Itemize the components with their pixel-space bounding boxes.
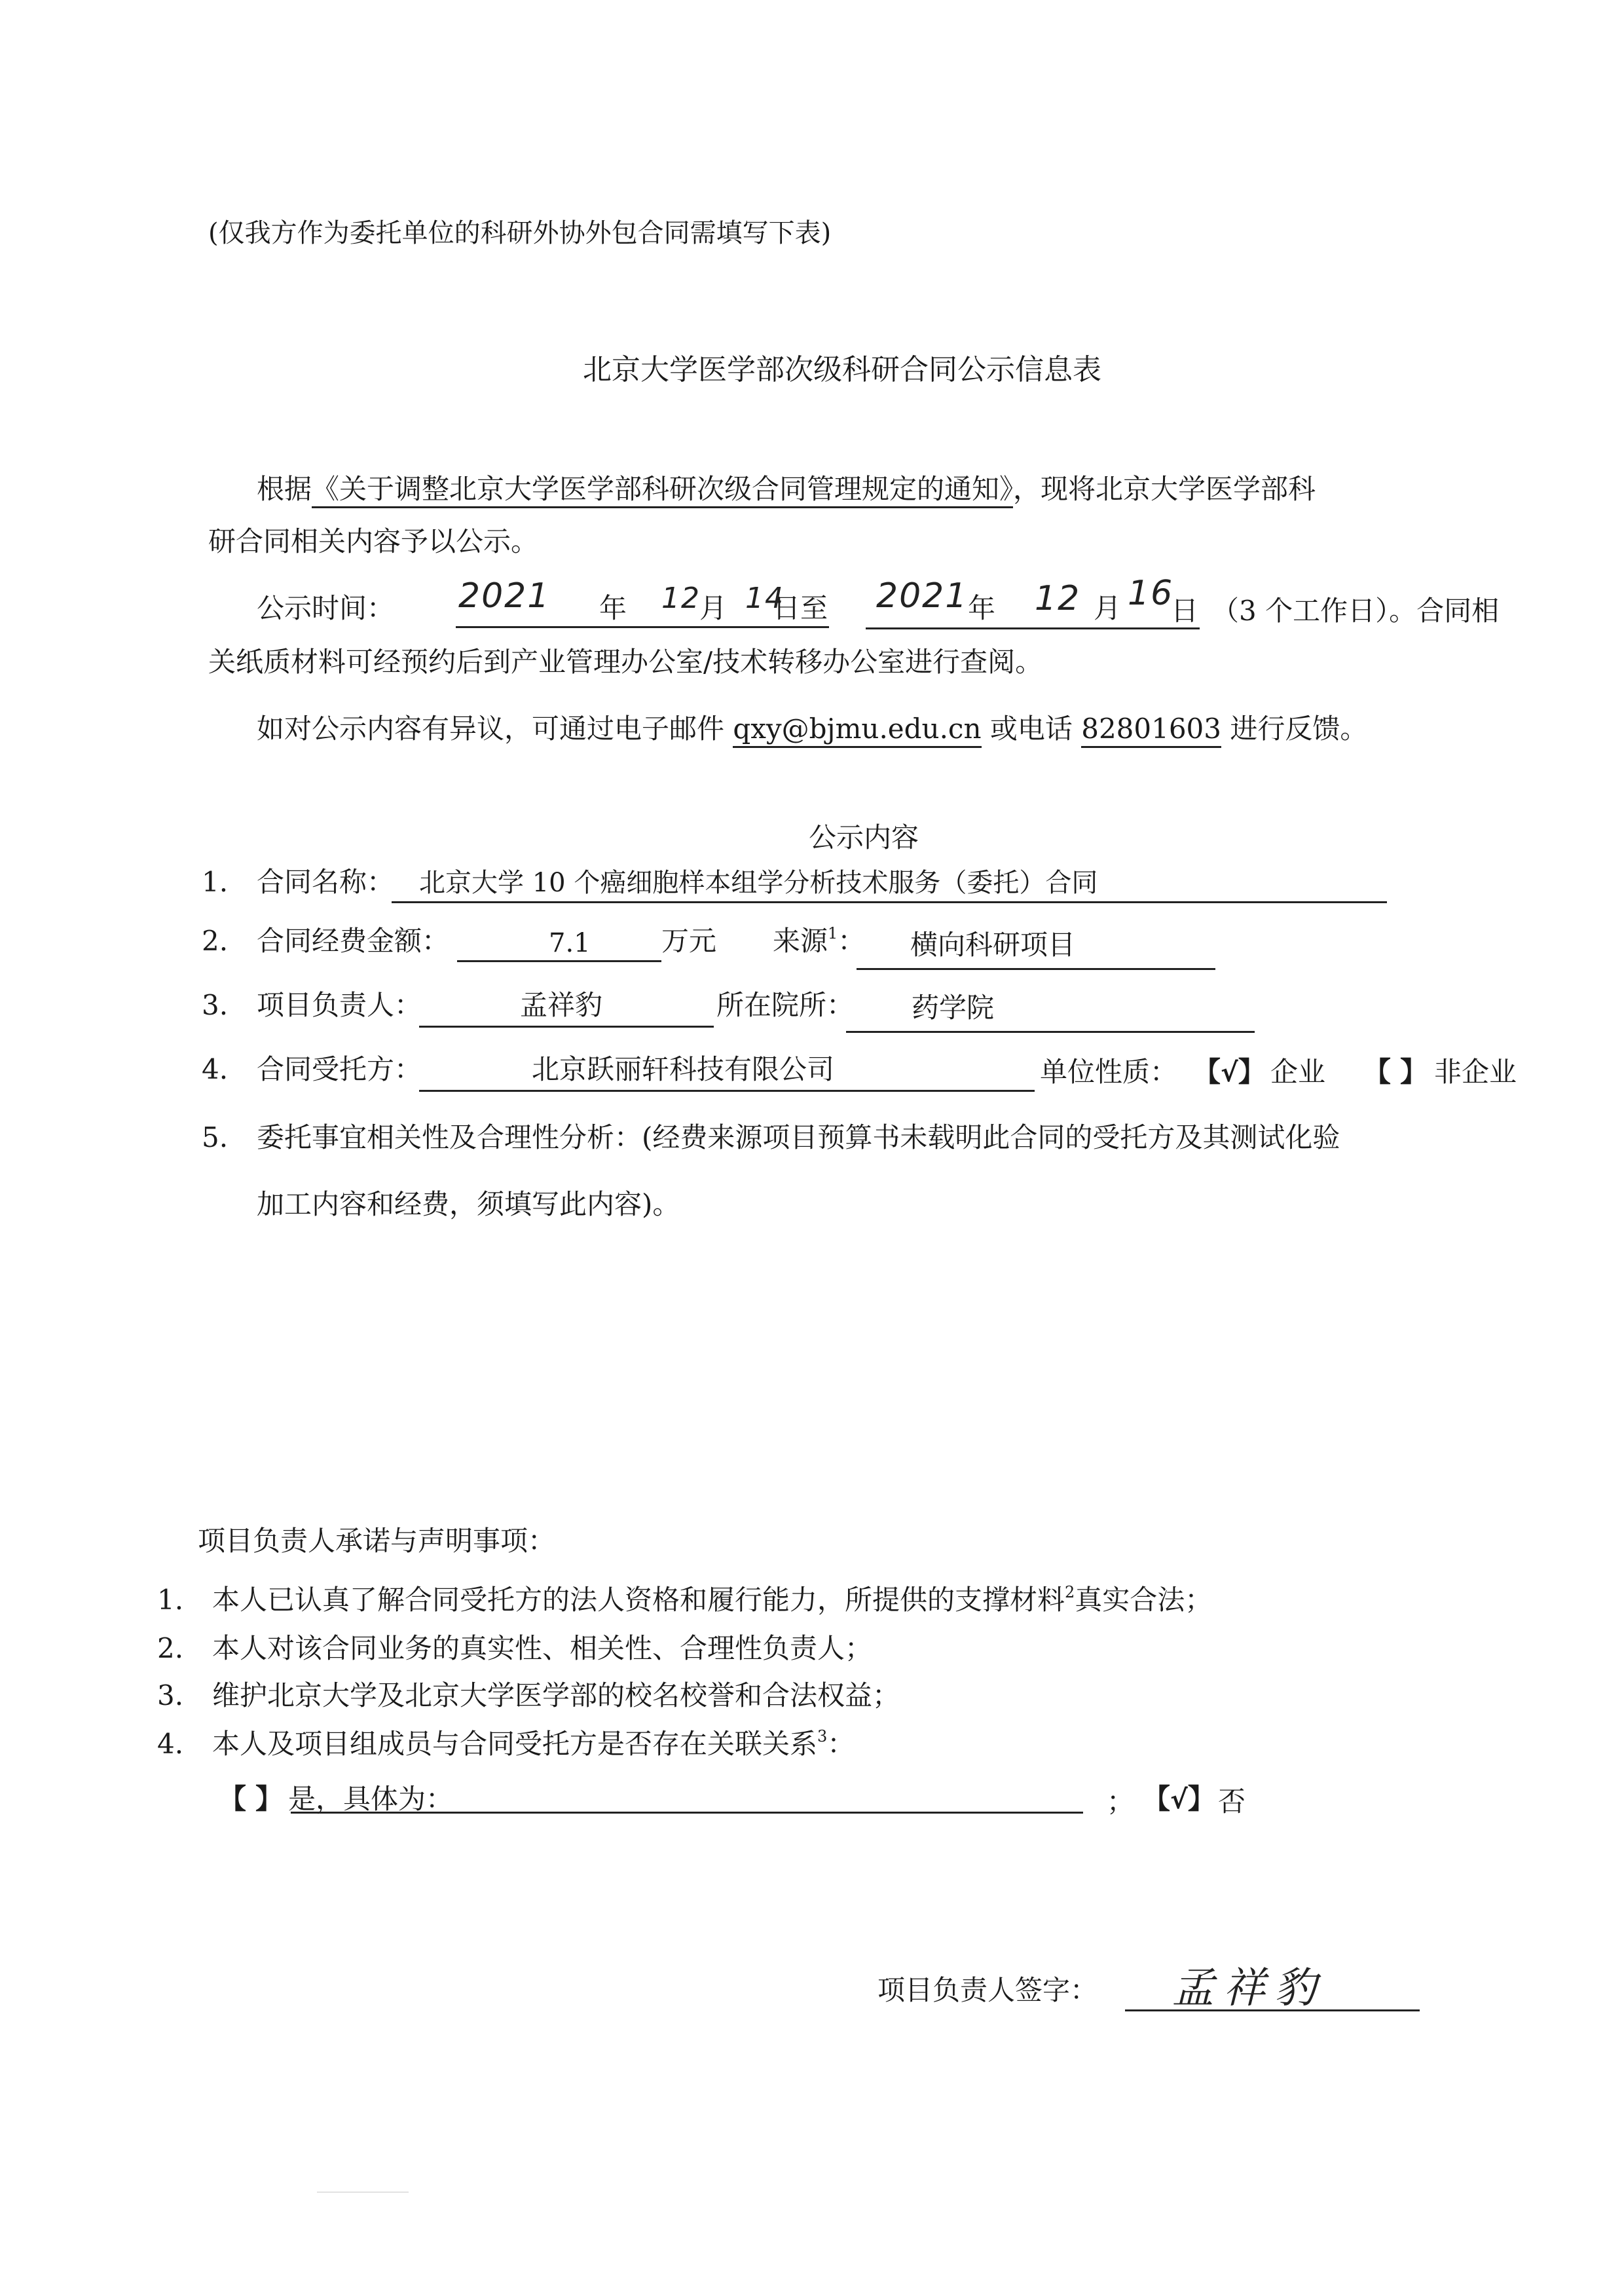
relation-no-label: 否 — [1218, 1788, 1246, 1816]
year-char: 年 — [599, 595, 627, 622]
intro-suffix: ，现将北京大学医学部科 — [1013, 473, 1316, 505]
commitment-3: 3.维护北京大学及北京大学医学部的校名校誉和合法权益； — [157, 1682, 900, 1709]
analysis-content-area[interactable] — [257, 1238, 1534, 1487]
relation-separator: ； — [1107, 1788, 1134, 1816]
relation-detail-field[interactable] — [474, 1785, 1063, 1814]
intro-line-2: 研合同相关内容予以公示。 — [208, 528, 538, 555]
institute-label: 所在院所： — [716, 992, 854, 1019]
feedback-line: 如对公示内容有异议，可通过电子邮件 qxy@bjmu.edu.cn 或电话 82… — [257, 715, 1367, 743]
feedback-middle: 或电话 — [982, 713, 1082, 745]
relation-yes-checkbox[interactable]: 【】 — [219, 1785, 283, 1813]
enterprise-checkbox[interactable]: 【√】 — [1193, 1058, 1266, 1086]
month-char-2: 月 — [1094, 595, 1121, 622]
institute-value[interactable]: 药学院 — [912, 994, 994, 1022]
commitment-1: 1.本人已认真了解合同受托方的法人资格和履行能力，所提供的支撑材料2真实合法； — [157, 1586, 1212, 1614]
regulation-link: 《关于调整北京大学医学部科研次级合同管理规定的通知》 — [312, 473, 1013, 508]
section-title: 公示内容 — [809, 816, 919, 855]
item-1-num: 1. — [202, 868, 228, 896]
relation-yes-label: 是，具体为： — [288, 1785, 453, 1813]
check-icon: √ — [1221, 1058, 1238, 1088]
item-4-num: 4. — [202, 1056, 228, 1083]
feedback-phone[interactable]: 82801603 — [1081, 713, 1221, 748]
period-line-2: 关纸质材料可经预约后到产业管理办公室/技术转移办公室进行查阅。 — [208, 648, 1043, 676]
day-to-char: 日至 — [773, 595, 828, 622]
day-char: 日 — [1171, 597, 1198, 625]
item-5-num: 5. — [202, 1124, 228, 1151]
non-enterprise-checkbox[interactable]: 【】 — [1363, 1058, 1428, 1086]
enterprise-label: 企业 — [1270, 1058, 1325, 1086]
page-title: 北京大学医学部次级科研合同公示信息表 — [583, 346, 1101, 388]
feedback-suffix: 进行反馈。 — [1221, 713, 1367, 745]
applicability-note: (仅我方作为委托单位的科研外协外包合同需填写下表) — [208, 220, 831, 246]
feedback-email[interactable]: qxy@bjmu.edu.cn — [733, 713, 981, 748]
check-icon: √ — [1170, 1785, 1188, 1815]
start-date-underline — [456, 626, 829, 628]
commitment-2: 2.本人对该合同业务的真实性、相关性、合理性负责人； — [157, 1635, 872, 1662]
leader-underline — [419, 1026, 714, 1028]
scan-artifact-line — [317, 2192, 409, 2193]
feedback-prefix: 如对公示内容有异议，可通过电子邮件 — [257, 713, 733, 745]
leader-value[interactable]: 孟祥豹 — [520, 992, 602, 1019]
source-underline — [857, 968, 1215, 970]
amount-label: 合同经费金额： — [257, 927, 449, 955]
intro-line-1: 根据《关于调整北京大学医学部科研次级合同管理规定的通知》，现将北京大学医学部科 — [257, 476, 1316, 503]
contract-name-label: 合同名称： — [257, 868, 394, 896]
amount-underline — [457, 960, 661, 962]
end-day[interactable]: 16 — [1128, 574, 1173, 613]
trustee-underline — [419, 1090, 1035, 1092]
intro-prefix: 根据 — [257, 473, 312, 505]
trustee-label: 合同受托方： — [257, 1056, 422, 1083]
commitments-title: 项目负责人承诺与声明事项： — [198, 1527, 555, 1555]
commitment-4: 4.本人及项目组成员与合同受托方是否存在关联关系3： — [157, 1730, 855, 1758]
amount-unit: 万元 — [661, 927, 716, 955]
contract-name-value[interactable]: 北京大学 10 个癌细胞样本组学分析技术服务（委托）合同 — [419, 870, 1098, 896]
relation-no-checkbox[interactable]: 【√】 — [1143, 1785, 1215, 1813]
item-3-num: 3. — [202, 992, 228, 1019]
analysis-label: 委托事宜相关性及合理性分析：(经费来源项目预算书未载明此合同的受托方及其测试化验 — [257, 1124, 1340, 1151]
end-date-underline — [866, 627, 1200, 629]
end-month[interactable]: 12 — [1035, 579, 1080, 618]
signature-label: 项目负责人签字： — [877, 1977, 1098, 2004]
trustee-value[interactable]: 北京跃丽轩科技有限公司 — [532, 1056, 834, 1083]
start-year[interactable]: 2021 — [458, 576, 550, 616]
month-char: 月 — [699, 595, 727, 622]
source-label: 来源1： — [773, 927, 865, 955]
non-enterprise-label: 非企业 — [1434, 1058, 1517, 1086]
source-value[interactable]: 横向科研项目 — [910, 931, 1075, 959]
period-label: 公示时间： — [257, 595, 394, 622]
institute-underline — [846, 1031, 1255, 1033]
handwritten-signature[interactable]: 孟祥豹 — [1172, 1954, 1325, 2015]
leader-label: 项目负责人： — [257, 992, 422, 1019]
end-year[interactable]: 2021 — [876, 576, 968, 616]
contract-name-underline — [392, 901, 1387, 903]
amount-value[interactable]: 7.1 — [549, 930, 591, 956]
item-2-num: 2. — [202, 927, 228, 955]
start-month[interactable]: 12 — [661, 582, 701, 615]
year-char-2: 年 — [968, 595, 995, 622]
period-tail: （3 个工作日）。合同相 — [1211, 597, 1499, 625]
analysis-line-2: 加工内容和经费，须填写此内容)。 — [257, 1191, 680, 1218]
nature-label: 单位性质： — [1040, 1058, 1177, 1086]
